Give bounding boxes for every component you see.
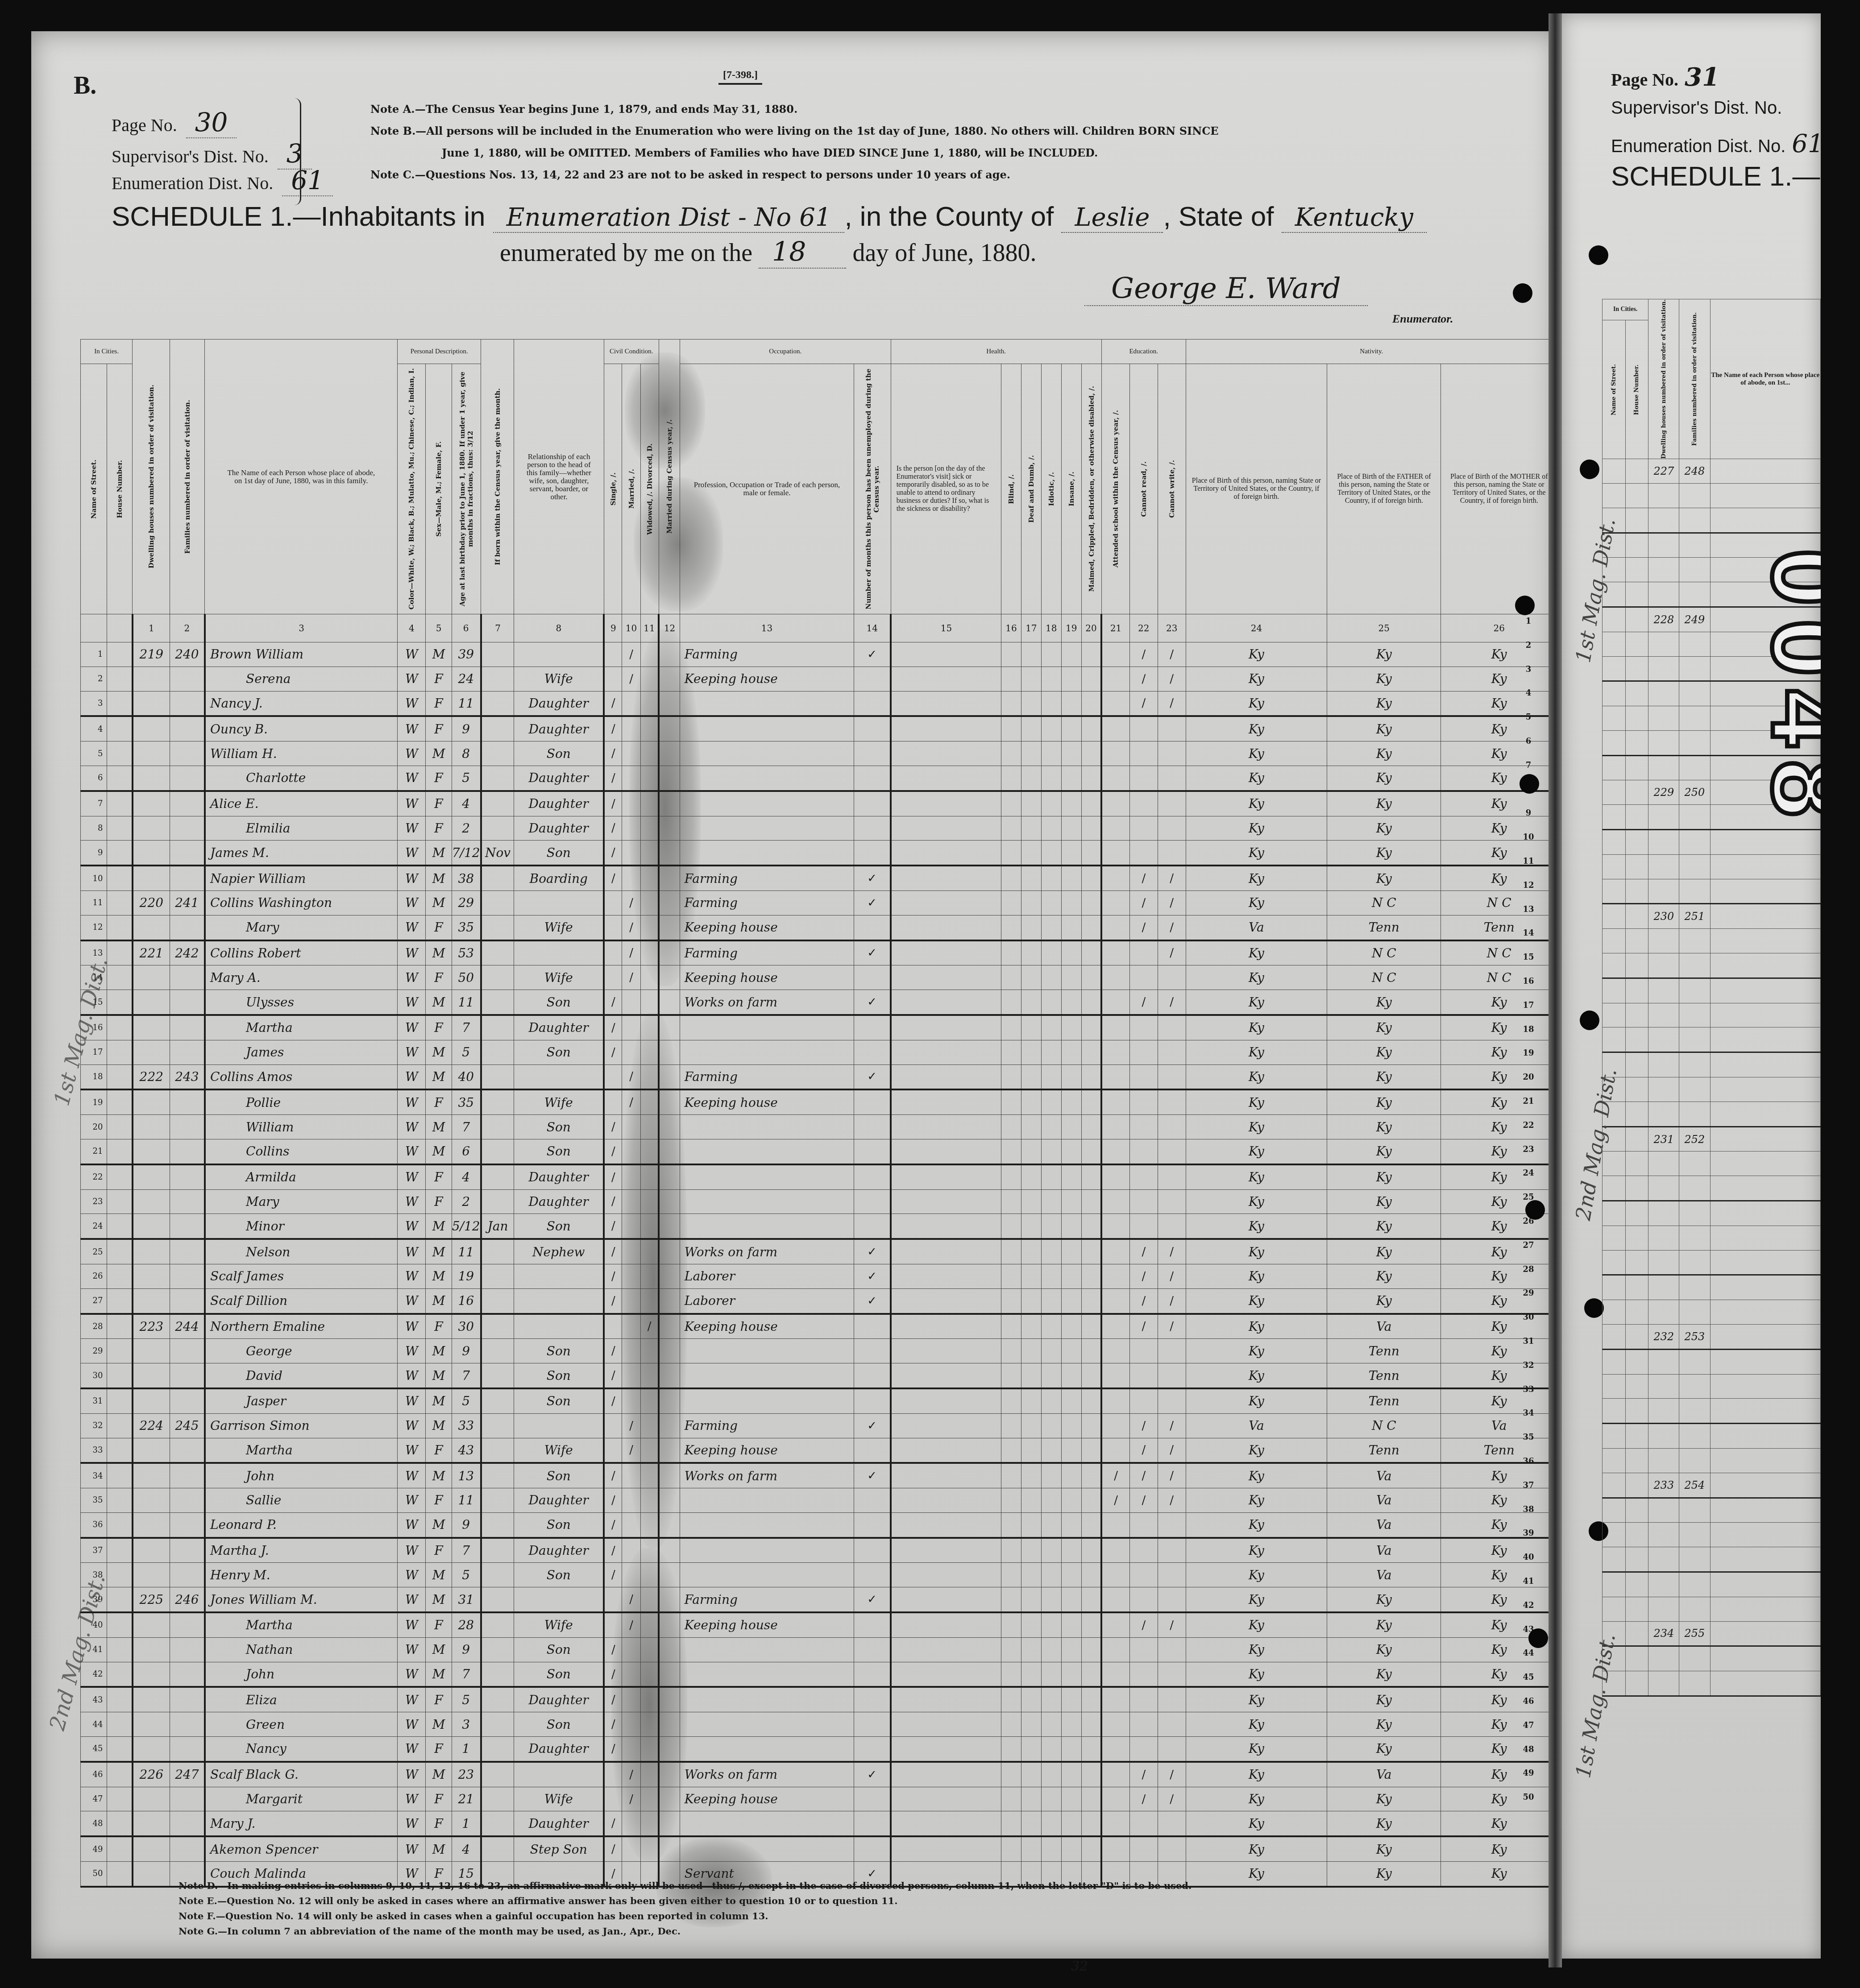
birthplace: Ky xyxy=(1186,1139,1327,1164)
table-row: 42JohnWM7Son/KyKyKy xyxy=(81,1662,1557,1687)
next-page-number-label: Page No. xyxy=(1611,70,1678,90)
cannot-read-mark xyxy=(1129,1637,1158,1662)
relationship: Daughter xyxy=(514,1687,604,1712)
single-mark: / xyxy=(604,716,622,741)
col-3-header: The Name of each Person whose place of a… xyxy=(205,340,398,614)
dwelling-number xyxy=(133,1463,170,1488)
maimed-mark xyxy=(1081,1563,1101,1587)
punch-hole xyxy=(1525,1200,1545,1220)
maimed-mark xyxy=(1081,1339,1101,1363)
cannot-write-mark: / xyxy=(1158,1413,1186,1438)
insane-mark xyxy=(1061,1164,1081,1189)
cannot-read-mark xyxy=(1129,1064,1158,1089)
insane-mark xyxy=(1061,1438,1081,1463)
single-mark: / xyxy=(604,791,622,816)
relationship: Wife xyxy=(514,915,604,940)
single-mark: / xyxy=(604,1563,622,1587)
table-row: 25NelsonWM11Nephew/Works on farm✓//KyKyK… xyxy=(81,1239,1557,1264)
person-name: David xyxy=(205,1363,398,1388)
relationship: Wife xyxy=(514,1089,604,1114)
right-line-number: 17 xyxy=(1517,1001,1540,1010)
deaf-dumb-mark xyxy=(1021,1438,1041,1463)
blind-mark xyxy=(1001,965,1021,990)
next-page-number: Page No.31 xyxy=(1611,62,1719,92)
widowed-mark xyxy=(640,642,659,667)
right-line-number: 34 xyxy=(1517,1408,1540,1418)
next-house-cell xyxy=(1625,1300,1648,1325)
married-mark: / xyxy=(622,1413,640,1438)
widowed-mark xyxy=(640,1712,659,1737)
dwelling-number: 221 xyxy=(133,940,170,965)
family-number xyxy=(170,841,205,866)
birthplace: Ky xyxy=(1186,965,1327,990)
col-6-header: Age at last birthday prior to June 1, 18… xyxy=(458,364,474,614)
book-binding xyxy=(1549,13,1562,1967)
note-g: Note G.—In column 7 an abbreviation of t… xyxy=(179,1924,1192,1939)
attended-school-mark xyxy=(1101,1438,1129,1463)
relationship: Wife xyxy=(514,1438,604,1463)
occupation: Keeping house xyxy=(680,1089,854,1114)
widowed-mark xyxy=(640,1214,659,1239)
census-rows: 1219240Brown WilliamWM39/Farming✓//KyKyK… xyxy=(81,642,1557,1887)
married-mark xyxy=(622,766,640,791)
insane-mark xyxy=(1061,890,1081,915)
next-dwelling-number xyxy=(1648,1176,1679,1201)
right-line-number: 42 xyxy=(1517,1601,1540,1610)
right-line-number: 20 xyxy=(1517,1073,1540,1082)
maimed-mark xyxy=(1081,1288,1101,1313)
mother-birthplace: Ky xyxy=(1441,691,1557,716)
birth-month xyxy=(481,1787,514,1811)
deaf-dumb-mark xyxy=(1021,1314,1041,1339)
dwelling-number xyxy=(133,1115,170,1139)
months-unemployed: ✓ xyxy=(854,940,891,965)
next-house-cell xyxy=(1625,1449,1648,1473)
cannot-read-mark xyxy=(1129,716,1158,741)
deaf-dumb-mark xyxy=(1021,1787,1041,1811)
insane-mark xyxy=(1061,1363,1081,1388)
birth-month xyxy=(481,1637,514,1662)
enumeration-district-value: 61 xyxy=(282,165,333,196)
deaf-dumb-mark xyxy=(1021,1363,1041,1388)
occupation xyxy=(680,1687,854,1712)
next-table-row xyxy=(1603,508,1821,533)
next-house-cell xyxy=(1625,929,1648,953)
next-person-name xyxy=(1710,508,1820,533)
sickness xyxy=(891,1314,1001,1339)
single-mark: / xyxy=(604,866,622,890)
next-person-name xyxy=(1710,1473,1820,1498)
next-house-cell xyxy=(1625,706,1648,731)
sickness xyxy=(891,741,1001,766)
next-house-cell xyxy=(1625,1151,1648,1176)
widowed-mark xyxy=(640,1438,659,1463)
months-unemployed: ✓ xyxy=(854,890,891,915)
schedule-title: SCHEDULE 1.—Inhabitants in Enumeration D… xyxy=(112,201,1427,232)
mother-birthplace: Ky xyxy=(1441,1787,1557,1811)
next-enumeration-value: 61 xyxy=(1792,129,1821,158)
single-mark: / xyxy=(604,1189,622,1214)
insane-mark xyxy=(1061,691,1081,716)
single-mark xyxy=(604,1762,622,1787)
house-number-cell xyxy=(107,1139,133,1164)
microfilm-frame-number: 0048 xyxy=(1749,549,1821,831)
widowed-mark xyxy=(640,1687,659,1712)
house-number-cell xyxy=(107,741,133,766)
next-dwelling-number xyxy=(1648,1374,1679,1399)
married-in-year-mark xyxy=(659,1015,680,1040)
next-table-row xyxy=(1603,953,1821,978)
table-row: 41NathanWM9Son/KyKyKy xyxy=(81,1637,1557,1662)
deaf-dumb-mark xyxy=(1021,1662,1041,1687)
right-line-number: 1 xyxy=(1517,617,1540,626)
birth-month xyxy=(481,1040,514,1064)
footer-notes: Note D.—In making entries in columns 9, … xyxy=(179,1878,1192,1939)
right-line-number: 13 xyxy=(1517,905,1540,914)
color: W xyxy=(398,1787,426,1811)
cannot-write-mark xyxy=(1158,841,1186,866)
next-dwelling-number xyxy=(1648,533,1679,558)
birth-month xyxy=(481,691,514,716)
age: 3 xyxy=(452,1712,481,1737)
table-row: 12MaryWF35Wife/Keeping house//VaTennTenn xyxy=(81,915,1557,940)
idiotic-mark xyxy=(1041,1064,1061,1089)
single-mark xyxy=(604,1413,622,1438)
birth-month xyxy=(481,1139,514,1164)
relationship: Son xyxy=(514,741,604,766)
family-number xyxy=(170,667,205,691)
dwelling-number xyxy=(133,1712,170,1737)
age: 5/12 xyxy=(452,1214,481,1239)
blind-mark xyxy=(1001,1040,1021,1064)
person-name: Leonard P. xyxy=(205,1512,398,1537)
line-number: 3 xyxy=(81,691,107,716)
married-in-year-mark xyxy=(659,940,680,965)
idiotic-mark xyxy=(1041,766,1061,791)
mother-birthplace: Ky xyxy=(1441,1015,1557,1040)
birth-month xyxy=(481,1288,514,1313)
family-number xyxy=(170,1189,205,1214)
birthplace: Ky xyxy=(1186,1637,1327,1662)
next-person-name xyxy=(1710,830,1820,855)
next-table-row xyxy=(1603,879,1821,904)
next-dwelling-number xyxy=(1648,582,1679,607)
cannot-read-mark: / xyxy=(1129,1463,1158,1488)
widowed-mark xyxy=(640,1637,659,1662)
next-house-cell xyxy=(1625,730,1648,755)
next-street-cell xyxy=(1603,681,1626,706)
idiotic-mark xyxy=(1041,1164,1061,1189)
dwelling-number xyxy=(133,1538,170,1563)
next-margin-note-3: 1st Mag. Dist. xyxy=(1571,1632,1620,1780)
maimed-mark xyxy=(1081,691,1101,716)
sex: F xyxy=(426,1687,452,1712)
dwelling-number xyxy=(133,1438,170,1463)
next-person-name xyxy=(1710,1671,1820,1696)
mother-birthplace: Ky xyxy=(1441,841,1557,866)
sex: M xyxy=(426,940,452,965)
occupation xyxy=(680,1139,854,1164)
sex: M xyxy=(426,1587,452,1612)
deaf-dumb-mark xyxy=(1021,1115,1041,1139)
married-mark xyxy=(622,1563,640,1587)
birthplace: Ky xyxy=(1186,990,1327,1015)
dwelling-number xyxy=(133,741,170,766)
birthplace: Ky xyxy=(1186,1512,1327,1537)
house-number-cell xyxy=(107,1363,133,1388)
age: 50 xyxy=(452,965,481,990)
idiotic-mark xyxy=(1041,1239,1061,1264)
table-row: 27Scalf DillionWM16/Laborer✓//KyKyKy xyxy=(81,1288,1557,1313)
months-unemployed: ✓ xyxy=(854,1587,891,1612)
color: W xyxy=(398,1512,426,1537)
next-house-cell xyxy=(1625,483,1648,508)
blind-mark xyxy=(1001,1339,1021,1363)
relationship: Son xyxy=(514,1662,604,1687)
married-mark xyxy=(622,1662,640,1687)
deaf-dumb-mark xyxy=(1021,1214,1041,1239)
deaf-dumb-mark xyxy=(1021,990,1041,1015)
next-family-number xyxy=(1679,558,1710,582)
sex: M xyxy=(426,1413,452,1438)
sex: M xyxy=(426,741,452,766)
next-house-cell xyxy=(1625,533,1648,558)
idiotic-mark xyxy=(1041,791,1061,816)
relationship: Step Son xyxy=(514,1836,604,1861)
person-name: John xyxy=(205,1463,398,1488)
house-number-cell xyxy=(107,1587,133,1612)
cannot-read-mark xyxy=(1129,940,1158,965)
person-name: Mary xyxy=(205,915,398,940)
cannot-read-mark xyxy=(1129,741,1158,766)
person-name: Garrison Simon xyxy=(205,1413,398,1438)
next-house-cell xyxy=(1625,1473,1648,1498)
married-mark xyxy=(622,1687,640,1712)
mother-birthplace: Ky xyxy=(1441,1811,1557,1836)
relationship: Son xyxy=(514,1512,604,1537)
maimed-mark xyxy=(1081,716,1101,741)
months-unemployed: ✓ xyxy=(854,1264,891,1288)
age: 21 xyxy=(452,1787,481,1811)
next-person-name xyxy=(1710,1226,1820,1250)
house-number-cell xyxy=(107,1015,133,1040)
line-number: 49 xyxy=(81,1836,107,1861)
sickness xyxy=(891,1463,1001,1488)
insane-mark xyxy=(1061,866,1081,890)
occupation xyxy=(680,1563,854,1587)
person-name: Northern Emaline xyxy=(205,1314,398,1339)
married-mark xyxy=(622,841,640,866)
months-unemployed: ✓ xyxy=(854,990,891,1015)
age: 5 xyxy=(452,1388,481,1413)
next-family-number xyxy=(1679,1671,1710,1696)
married-in-year-mark xyxy=(659,1214,680,1239)
mother-birthplace: Ky xyxy=(1441,716,1557,741)
married-mark xyxy=(622,1488,640,1513)
birthplace: Ky xyxy=(1186,866,1327,890)
person-name: Minor xyxy=(205,1214,398,1239)
house-number-cell xyxy=(107,1214,133,1239)
next-table-row xyxy=(1603,1547,1821,1572)
attended-school-mark xyxy=(1101,1762,1129,1787)
deaf-dumb-mark xyxy=(1021,816,1041,841)
father-birthplace: Ky xyxy=(1327,1288,1441,1313)
married-in-year-mark xyxy=(659,716,680,741)
single-mark: / xyxy=(604,1836,622,1861)
next-table-row xyxy=(1603,1498,1821,1523)
idiotic-mark xyxy=(1041,1314,1061,1339)
place-value: Enumeration Dist - No 61 xyxy=(493,203,845,233)
next-table-row xyxy=(1603,1052,1821,1077)
cannot-write-mark xyxy=(1158,1189,1186,1214)
months-unemployed xyxy=(854,965,891,990)
blind-mark xyxy=(1001,667,1021,691)
family-number: 245 xyxy=(170,1413,205,1438)
occupation: Works on farm xyxy=(680,990,854,1015)
deaf-dumb-mark xyxy=(1021,1239,1041,1264)
next-table-row: 230251 xyxy=(1603,904,1821,929)
birth-month xyxy=(481,1363,514,1388)
birthplace: Ky xyxy=(1186,1115,1327,1139)
deaf-dumb-mark xyxy=(1021,642,1041,667)
cannot-write-mark xyxy=(1158,1687,1186,1712)
next-table-row xyxy=(1603,1102,1821,1127)
next-dwelling-number: 228 xyxy=(1648,607,1679,632)
house-number-cell xyxy=(107,1712,133,1737)
idiotic-mark xyxy=(1041,1762,1061,1787)
age: 1 xyxy=(452,1811,481,1836)
next-family-number xyxy=(1679,656,1710,681)
months-unemployed xyxy=(854,1438,891,1463)
relationship xyxy=(514,1587,604,1612)
next-dwelling-number xyxy=(1648,706,1679,731)
right-line-number: 41 xyxy=(1517,1577,1540,1586)
dwelling-number xyxy=(133,1488,170,1513)
single-mark: / xyxy=(604,741,622,766)
insane-mark xyxy=(1061,1115,1081,1139)
birthplace: Ky xyxy=(1186,1463,1327,1488)
idiotic-mark xyxy=(1041,965,1061,990)
maimed-mark xyxy=(1081,890,1101,915)
attended-school-mark xyxy=(1101,1637,1129,1662)
months-unemployed xyxy=(854,791,891,816)
blind-mark xyxy=(1001,1288,1021,1313)
next-house-cell xyxy=(1625,1349,1648,1374)
schedule-prefix: SCHEDULE 1.—Inhabitants in xyxy=(112,201,485,232)
father-birthplace: Ky xyxy=(1327,1737,1441,1762)
maimed-mark xyxy=(1081,866,1101,890)
widowed-mark xyxy=(640,691,659,716)
deaf-dumb-mark xyxy=(1021,1612,1041,1637)
person-name: Collins Robert xyxy=(205,940,398,965)
relationship: Daughter xyxy=(514,1164,604,1189)
cannot-read-mark xyxy=(1129,1662,1158,1687)
cannot-write-mark xyxy=(1158,766,1186,791)
cannot-write-mark: / xyxy=(1158,667,1186,691)
line-number: 37 xyxy=(81,1538,107,1563)
attended-school-mark xyxy=(1101,1288,1129,1313)
occupation: Laborer xyxy=(680,1264,854,1288)
next-family-number xyxy=(1679,1547,1710,1572)
relationship: Daughter xyxy=(514,691,604,716)
sickness xyxy=(891,1339,1001,1363)
sex: F xyxy=(426,1089,452,1114)
age: 24 xyxy=(452,667,481,691)
cannot-write-mark xyxy=(1158,1064,1186,1089)
occupation xyxy=(680,1214,854,1239)
dwelling-number xyxy=(133,1040,170,1064)
person-name: Nathan xyxy=(205,1637,398,1662)
next-street-cell xyxy=(1603,953,1626,978)
occupation xyxy=(680,1737,854,1762)
next-dwelling-number xyxy=(1648,1027,1679,1052)
col-24-header: Place of Birth of this person, naming St… xyxy=(1186,364,1327,614)
cannot-write-mark xyxy=(1158,1115,1186,1139)
family-number xyxy=(170,791,205,816)
cannot-write-mark: / xyxy=(1158,1612,1186,1637)
married-mark xyxy=(622,1512,640,1537)
insane-mark xyxy=(1061,791,1081,816)
cannot-write-mark xyxy=(1158,1836,1186,1861)
relationship xyxy=(514,1264,604,1288)
birth-month xyxy=(481,642,514,667)
father-birthplace: Va xyxy=(1327,1488,1441,1513)
maimed-mark xyxy=(1081,1612,1101,1637)
sex: M xyxy=(426,1264,452,1288)
deaf-dumb-mark xyxy=(1021,716,1041,741)
cannot-write-mark xyxy=(1158,1587,1186,1612)
blind-mark xyxy=(1001,1538,1021,1563)
single-mark: / xyxy=(604,1811,622,1836)
person-name: Eliza xyxy=(205,1687,398,1712)
table-row: 3Nancy J.WF11Daughter///KyKyKy xyxy=(81,691,1557,716)
attended-school-mark xyxy=(1101,791,1129,816)
single-mark: / xyxy=(604,1239,622,1264)
house-number-cell xyxy=(107,1064,133,1089)
house-number-cell xyxy=(107,1040,133,1064)
cannot-write-mark: / xyxy=(1158,642,1186,667)
line-number: 45 xyxy=(81,1737,107,1762)
next-house-cell xyxy=(1625,904,1648,929)
single-mark: / xyxy=(604,990,622,1015)
insane-mark xyxy=(1061,1488,1081,1513)
next-dwelling-number: 230 xyxy=(1648,904,1679,929)
maimed-mark xyxy=(1081,1115,1101,1139)
next-schedule-title: SCHEDULE 1.—Inha xyxy=(1611,161,1821,192)
line-number: 20 xyxy=(81,1115,107,1139)
occupation: Keeping house xyxy=(680,1787,854,1811)
attended-school-mark xyxy=(1101,691,1129,716)
months-unemployed xyxy=(854,1314,891,1339)
next-family-number xyxy=(1679,730,1710,755)
insane-mark xyxy=(1061,1737,1081,1762)
line-number: 13 xyxy=(81,940,107,965)
age: 30 xyxy=(452,1314,481,1339)
single-mark: / xyxy=(604,841,622,866)
next-street-cell xyxy=(1603,929,1626,953)
father-birthplace: Ky xyxy=(1327,1836,1441,1861)
table-row: 45NancyWF1Daughter/KyKyKy xyxy=(81,1737,1557,1762)
color: W xyxy=(398,667,426,691)
sex: M xyxy=(426,1040,452,1064)
idiotic-mark xyxy=(1041,1512,1061,1537)
birth-month xyxy=(481,1314,514,1339)
sickness xyxy=(891,965,1001,990)
months-unemployed: ✓ xyxy=(854,1064,891,1089)
blind-mark xyxy=(1001,766,1021,791)
widowed-mark xyxy=(640,716,659,741)
sex: M xyxy=(426,1512,452,1537)
